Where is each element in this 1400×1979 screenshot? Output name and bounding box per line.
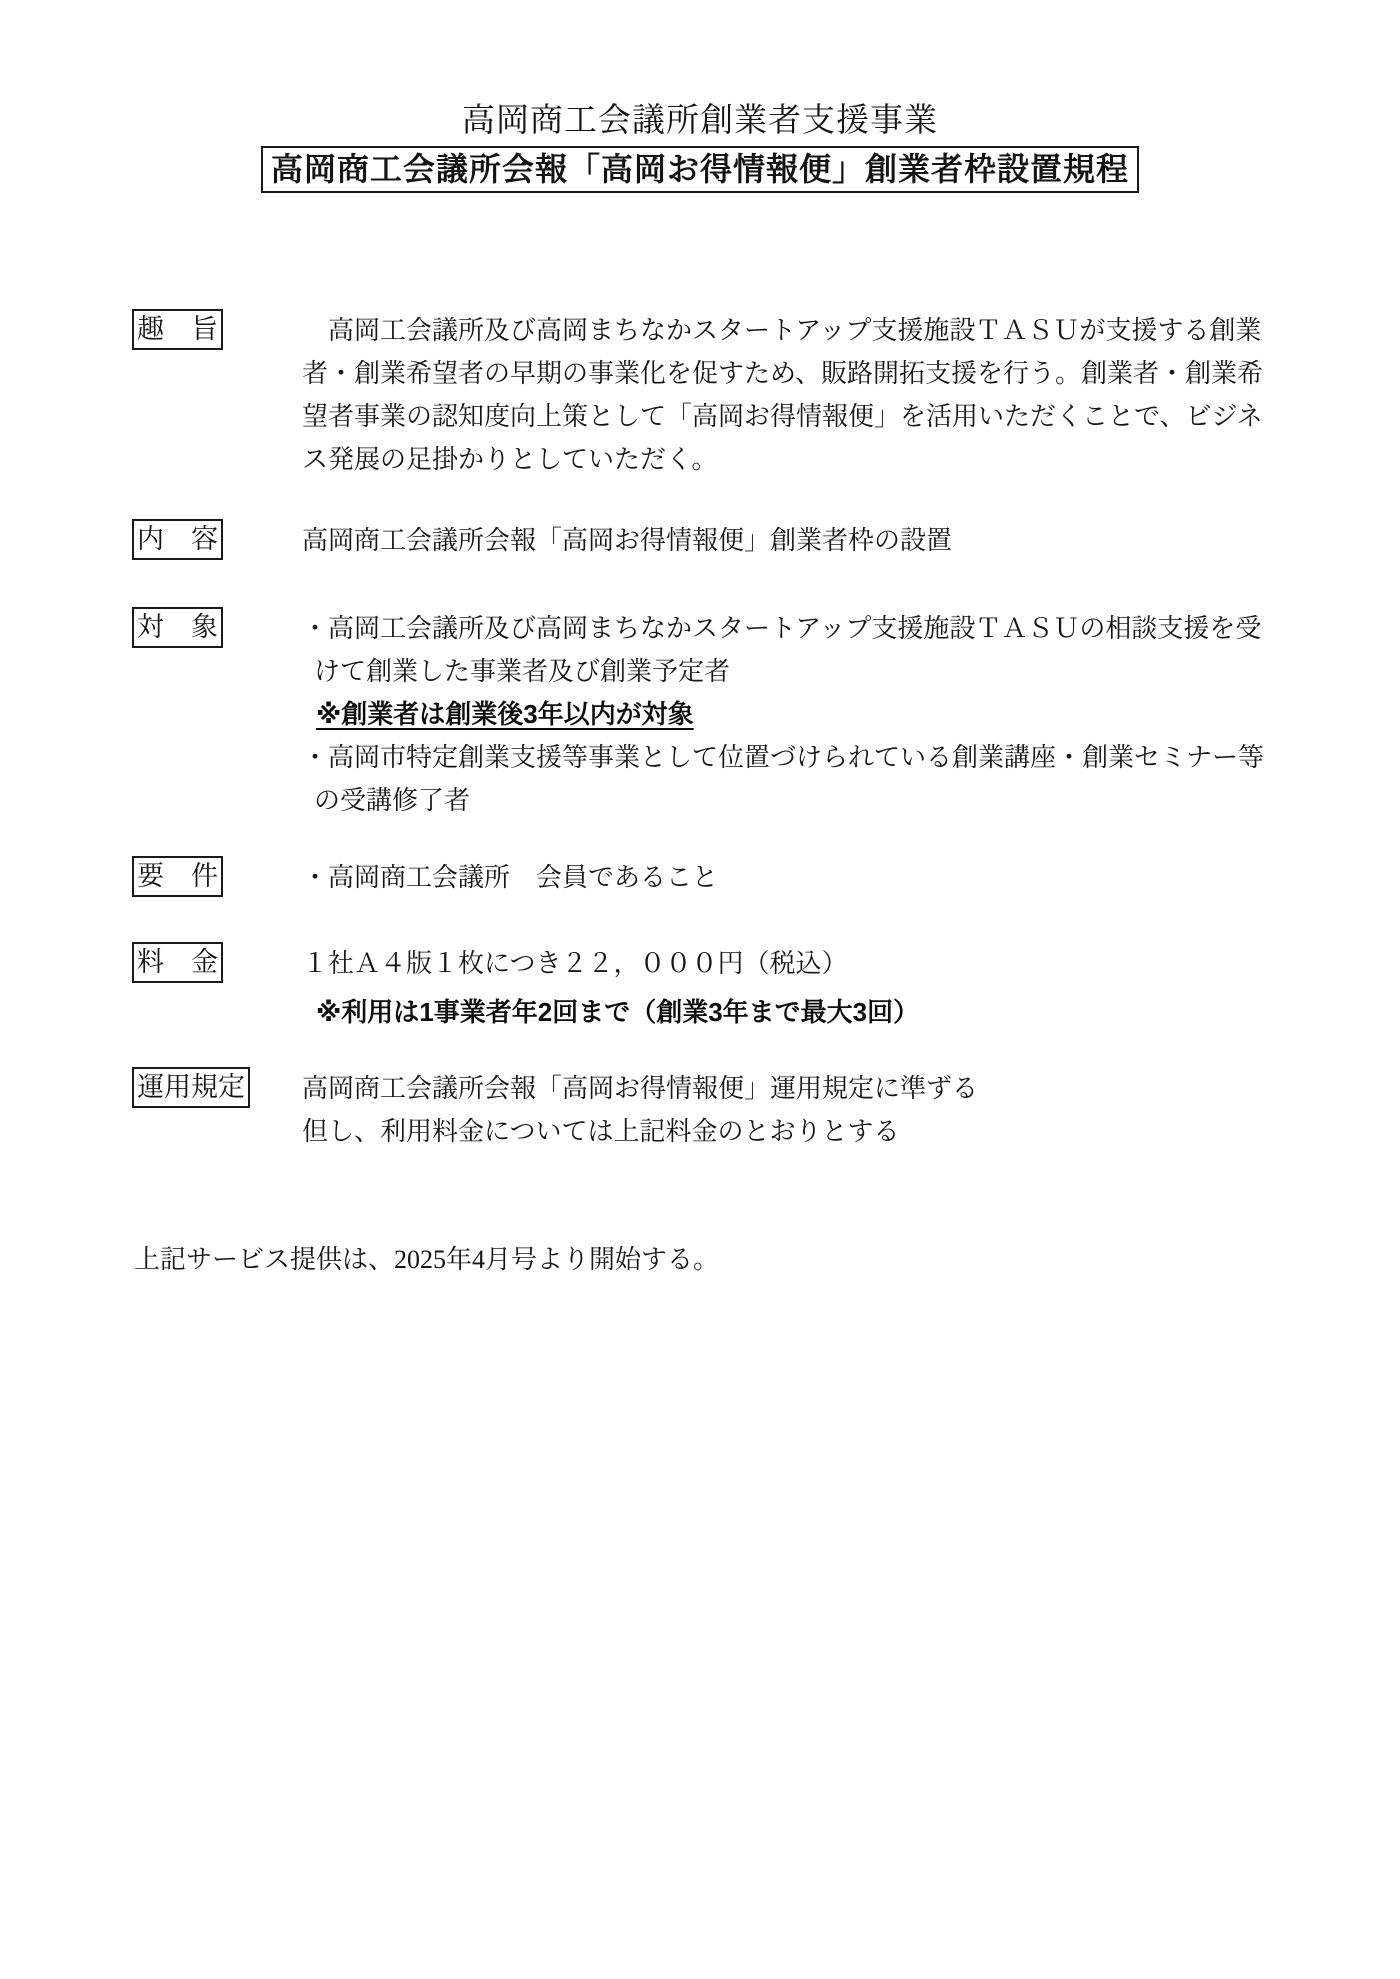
section-operation-rules-content: 高岡商工会議所会報「高岡お得情報便」運用規定に準ずる 但し、利用料金については上… bbox=[302, 1067, 1312, 1153]
section-requirement-label-cell: 要 件 bbox=[132, 856, 302, 897]
paragraph-line: 者・創業希望者の早期の事業化を促すため、販路開拓支援を行う。創業者・創業希 bbox=[302, 352, 1312, 395]
paragraph-line: 高岡工会議所及び高岡まちなかスタートアップ支援施設ＴＡＳＵが支援する創業 bbox=[302, 309, 1312, 352]
paragraph-line: ス発展の足掛かりとしていただく。 bbox=[302, 438, 1312, 481]
section-content-content: 高岡商工会議所会報「高岡お得情報便」創業者枠の設置 bbox=[302, 519, 1312, 562]
section-fee-content: １社Ａ４版１枚につき２２，０００円（税込） ※利用は1事業者年2回まで（創業3年… bbox=[302, 942, 1312, 1034]
section-content-label: 内 容 bbox=[132, 519, 223, 560]
section-purpose-content: 高岡工会議所及び高岡まちなかスタートアップ支援施設ＴＡＳＵが支援する創業 者・創… bbox=[302, 309, 1312, 481]
paragraph-line: 但し、利用料金については上記料金のとおりとする bbox=[302, 1110, 1312, 1153]
section-purpose-label-cell: 趣 旨 bbox=[132, 309, 302, 350]
section-fee-label: 料 金 bbox=[132, 942, 223, 983]
section-operation-rules: 運用規定 高岡商工会議所会報「高岡お得情報便」運用規定に準ずる 但し、利用料金に… bbox=[132, 1067, 1312, 1153]
section-target: 対 象 ・高岡工会議所及び高岡まちなかスタートアップ支援施設ＴＡＳＵの相談支援を… bbox=[132, 607, 1312, 822]
document-page: 高岡商工会議所創業者支援事業 高岡商工会議所会報「高岡お得情報便」創業者枠設置規… bbox=[0, 0, 1400, 1979]
section-operation-rules-label-cell: 運用規定 bbox=[132, 1067, 302, 1108]
section-target-label-cell: 対 象 bbox=[132, 607, 302, 648]
paragraph-line: 高岡商工会議所会報「高岡お得情報便」創業者枠の設置 bbox=[302, 519, 1312, 562]
section-requirement-content: ・高岡商工会議所 会員であること bbox=[302, 856, 1312, 899]
service-start-note: 上記サービス提供は、2025年4月号より開始する。 bbox=[134, 1238, 719, 1281]
section-purpose-label: 趣 旨 bbox=[132, 309, 223, 350]
bullet-line: ・高岡工会議所及び高岡まちなかスタートアップ支援施設ＴＡＳＵの相談支援を受 bbox=[302, 607, 1312, 650]
bullet-line: ・高岡商工会議所 会員であること bbox=[302, 856, 1312, 899]
regulation-title-boxed: 高岡商工会議所会報「高岡お得情報便」創業者枠設置規程 bbox=[261, 146, 1139, 193]
note-line: ※利用は1事業者年2回まで（創業3年まで最大3回） bbox=[302, 991, 1312, 1034]
section-requirement-label: 要 件 bbox=[132, 856, 223, 897]
program-title: 高岡商工会議所創業者支援事業 bbox=[132, 100, 1268, 140]
regulation-title-row: 高岡商工会議所会報「高岡お得情報便」創業者枠設置規程 bbox=[132, 146, 1268, 193]
section-requirement: 要 件 ・高岡商工会議所 会員であること bbox=[132, 856, 1312, 899]
paragraph-line: １社Ａ４版１枚につき２２，０００円（税込） bbox=[302, 942, 1312, 985]
bullet-continuation-line: けて創業した事業者及び創業予定者 bbox=[302, 650, 1312, 693]
paragraph-line: 望者事業の認知度向上策として「高岡お得情報便」を活用いただくことで、ビジネ bbox=[302, 395, 1312, 438]
bullet-line: ・高岡市特定創業支援等事業として位置づけられている創業講座・創業セミナー等 bbox=[302, 736, 1312, 779]
section-fee: 料 金 １社Ａ４版１枚につき２２，０００円（税込） ※利用は1事業者年2回まで（… bbox=[132, 942, 1312, 1034]
section-operation-rules-label: 運用規定 bbox=[132, 1067, 250, 1108]
section-content-label-cell: 内 容 bbox=[132, 519, 302, 560]
note-line-underlined: ※創業者は創業後3年以内が対象 bbox=[302, 693, 1312, 736]
section-content: 内 容 高岡商工会議所会報「高岡お得情報便」創業者枠の設置 bbox=[132, 519, 1312, 562]
section-fee-label-cell: 料 金 bbox=[132, 942, 302, 983]
paragraph-line: 高岡商工会議所会報「高岡お得情報便」運用規定に準ずる bbox=[302, 1067, 1312, 1110]
section-target-label: 対 象 bbox=[132, 607, 223, 648]
section-purpose: 趣 旨 高岡工会議所及び高岡まちなかスタートアップ支援施設ＴＡＳＵが支援する創業… bbox=[132, 309, 1312, 481]
section-target-content: ・高岡工会議所及び高岡まちなかスタートアップ支援施設ＴＡＳＵの相談支援を受 けて… bbox=[302, 607, 1312, 822]
bullet-continuation-line: の受講修了者 bbox=[302, 779, 1312, 822]
